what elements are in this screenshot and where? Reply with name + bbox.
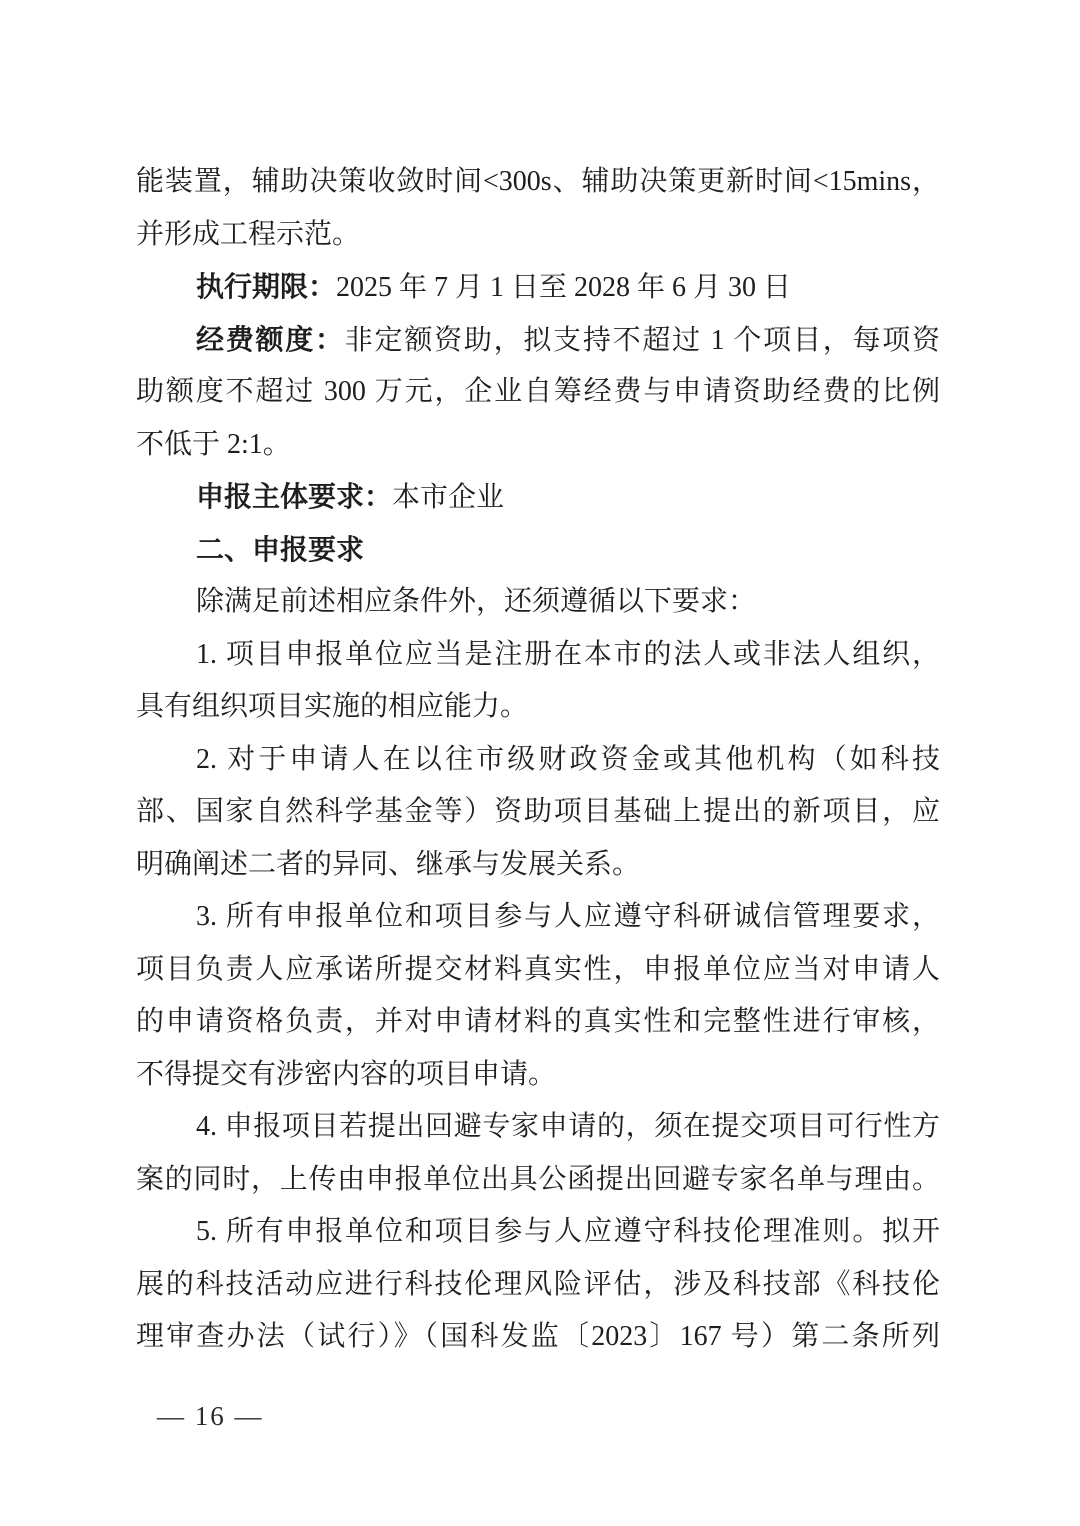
doc-line-item-1: 1. 项目申报单位应当是注册在本市的法人或非法人组织，	[136, 629, 940, 682]
line-text: 并形成工程示范。	[136, 219, 360, 250]
doc-line-item-2: 2. 对于申请人在以往市级财政资金或其他机构（如科技	[136, 734, 940, 787]
doc-line-item-5: 5. 所有申报单位和项目参与人应遵守科技伦理准则。拟开	[136, 1206, 940, 1259]
line-text: 非定额资助，拟支持不超过 1 个项目，每项资	[345, 325, 940, 356]
section-heading: 二、申报要求	[136, 524, 940, 577]
line-text: 具有组织项目实施的相应能力。	[136, 691, 528, 722]
doc-line: 理审查办法（试行）》（国科发监〔2023〕167 号）第二条所列	[136, 1311, 940, 1364]
doc-line: 部、国家自然科学基金等）资助项目基础上提出的新项目，应	[136, 786, 940, 839]
doc-line: 展的科技活动应进行科技伦理风险评估，涉及科技部《科技伦	[136, 1259, 940, 1312]
line-text: 3. 所有申报单位和项目参与人应遵守科研诚信管理要求，	[196, 901, 940, 932]
doc-line-item-3: 3. 所有申报单位和项目参与人应遵守科研诚信管理要求，	[136, 891, 940, 944]
line-text: 4. 申报项目若提出回避专家申请的，须在提交项目可行性方	[196, 1111, 940, 1142]
doc-line-applicant-requirement: 申报主体要求：本市企业	[136, 471, 940, 524]
doc-line: 能装置，辅助决策收敛时间<300s、辅助决策更新时间<15mins，	[136, 156, 940, 209]
line-text: 能装置，辅助决策收敛时间<300s、辅助决策更新时间<15mins，	[136, 166, 940, 197]
doc-line-item-4: 4. 申报项目若提出回避专家申请的，须在提交项目可行性方	[136, 1101, 940, 1154]
line-text: 的申请资格负责，并对申请材料的真实性和完整性进行审核，	[136, 1006, 940, 1037]
section-heading-text: 二、申报要求	[196, 534, 364, 565]
doc-line: 助额度不超过 300 万元，企业自筹经费与申请资助经费的比例	[136, 366, 940, 419]
page-number: — 16 —	[157, 1398, 264, 1434]
document-body: 能装置，辅助决策收敛时间<300s、辅助决策更新时间<15mins， 并形成工程…	[136, 156, 940, 1364]
line-text: 不低于 2:1。	[136, 429, 291, 460]
line-text: 明确阐述二者的异同、继承与发展关系。	[136, 849, 640, 880]
line-text: 部、国家自然科学基金等）资助项目基础上提出的新项目，应	[136, 796, 940, 827]
line-text: 本市企业	[392, 482, 504, 513]
field-label: 经费额度：	[196, 324, 345, 355]
line-text: 5. 所有申报单位和项目参与人应遵守科技伦理准则。拟开	[196, 1216, 940, 1247]
field-label: 执行期限：	[196, 271, 336, 302]
field-label: 申报主体要求：	[196, 481, 392, 512]
doc-line-funding-amount: 经费额度：非定额资助，拟支持不超过 1 个项目，每项资	[136, 314, 940, 367]
doc-line: 不得提交有涉密内容的项目申请。	[136, 1049, 940, 1102]
doc-line: 项目负责人应承诺所提交材料真实性，申报单位应当对申请人	[136, 944, 940, 997]
line-text: 2025 年 7 月 1 日至 2028 年 6 月 30 日	[336, 272, 791, 303]
line-text: 展的科技活动应进行科技伦理风险评估，涉及科技部《科技伦	[136, 1269, 940, 1300]
doc-line-execution-period: 执行期限：2025 年 7 月 1 日至 2028 年 6 月 30 日	[136, 261, 940, 314]
doc-line: 的申请资格负责，并对申请材料的真实性和完整性进行审核，	[136, 996, 940, 1049]
doc-line: 具有组织项目实施的相应能力。	[136, 681, 940, 734]
line-text: 2. 对于申请人在以往市级财政资金或其他机构（如科技	[196, 744, 940, 775]
line-text: 助额度不超过 300 万元，企业自筹经费与申请资助经费的比例	[136, 376, 940, 407]
line-text: 理审查办法（试行）》（国科发监〔2023〕167 号）第二条所列	[136, 1321, 940, 1352]
line-text: 除满足前述相应条件外，还须遵循以下要求：	[196, 586, 756, 617]
line-text: 不得提交有涉密内容的项目申请。	[136, 1059, 556, 1090]
doc-line: 除满足前述相应条件外，还须遵循以下要求：	[136, 576, 940, 629]
document-page: { "doc": { "lines": [ { "text": "能装置，辅助决…	[0, 0, 1080, 1526]
doc-line: 不低于 2:1。	[136, 419, 940, 472]
line-text: 项目负责人应承诺所提交材料真实性，申报单位应当对申请人	[136, 954, 940, 985]
doc-line: 案的同时，上传由申报单位出具公函提出回避专家名单与理由。	[136, 1154, 940, 1207]
doc-line: 明确阐述二者的异同、继承与发展关系。	[136, 839, 940, 892]
doc-line: 并形成工程示范。	[136, 209, 940, 262]
line-text: 案的同时，上传由申报单位出具公函提出回避专家名单与理由。	[136, 1164, 940, 1195]
line-text: 1. 项目申报单位应当是注册在本市的法人或非法人组织，	[196, 639, 940, 670]
